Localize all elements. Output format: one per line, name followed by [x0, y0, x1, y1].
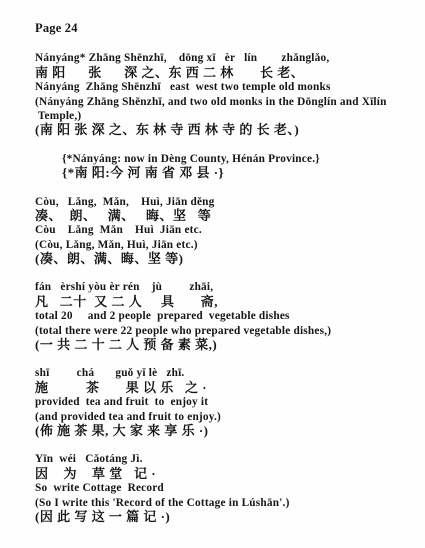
translation-zh-line: (南 阳 张 深 之、东 林 寺 西 林 寺 的 长 老、)	[35, 123, 411, 137]
stanza-3: fán èrshí yòu èr rén jù zhāi, 凡 二十 又 二 人…	[35, 280, 411, 352]
stanza-2: Còu, Lǎng, Mǎn, Huì, Jiān děng 凑、 朗、 满、 …	[35, 195, 411, 267]
hanzi-line: 南 阳 张 深 之、东 西 二 林 长 老、	[35, 66, 411, 80]
hanzi-line: 施 茶 果 以 乐 之 ·	[35, 381, 411, 395]
word-gloss-line: provided tea and fruit to enjoy it	[35, 395, 411, 409]
stanza-1: Nányáng* Zhāng Shēnzhī, dōng xī èr lín z…	[35, 51, 411, 137]
footnote-en-line: {*Nányáng: now in Dèng County, Hénán Pro…	[62, 152, 411, 166]
pinyin-line: Nányáng* Zhāng Shēnzhī, dōng xī èr lín z…	[35, 51, 411, 65]
word-gloss-line: total 20 and 2 people prepared vegetable…	[35, 309, 411, 323]
translation-zh-line: (佈 施 茶 果, 大 家 来 享 乐 ·)	[35, 424, 411, 438]
footnote-zh-line: {*南 阳:今 河 南 省 邓 县 ·}	[62, 166, 411, 180]
hanzi-line: 因 为 草 堂 记 ·	[35, 467, 411, 481]
pinyin-line: Còu, Lǎng, Mǎn, Huì, Jiān děng	[35, 195, 411, 209]
pinyin-line: Yīn wéi Cǎotáng Jì.	[35, 452, 411, 466]
translation-zh-line: (凑、朗、满、晦、坚 等)	[35, 252, 411, 266]
hanzi-line: 凡 二十 又 二 人 具 斋,	[35, 295, 411, 309]
translation-en-line: (Nányáng Zhāng Shēnzhī, and two old monk…	[35, 95, 411, 109]
stanza-4: shī chá guǒ yǐ lè zhī. 施 茶 果 以 乐 之 · pro…	[35, 366, 411, 438]
translation-en-line: (So I write this 'Record of the Cottage …	[35, 496, 411, 510]
pinyin-line: shī chá guǒ yǐ lè zhī.	[35, 366, 411, 380]
hanzi-line: 凑、 朗、 满、 晦、坚 等	[35, 209, 411, 223]
stanza-5: Yīn wéi Cǎotáng Jì. 因 为 草 堂 记 · So write…	[35, 452, 411, 524]
page-number-header: Page 24	[35, 21, 411, 35]
document-page: Page 24 Nányáng* Zhāng Shēnzhī, dōng xī …	[0, 0, 425, 548]
translation-en-line-continued: Temple,)	[35, 109, 411, 123]
translation-zh-line: (一 共 二 十 二 人 预 备 素 菜,)	[35, 338, 411, 352]
translation-en-line: (and provided tea and fruit to enjoy.)	[35, 410, 411, 424]
translation-en-line: (Còu, Lǎng, Mǎn, Huì, Jiān etc.)	[35, 238, 411, 252]
word-gloss-line: Nányáng Zhāng Shēnzhī east west two temp…	[35, 80, 411, 94]
word-gloss-line: Còu Lǎng Mǎn Huì Jiān etc.	[35, 223, 411, 237]
translation-en-line: (total there were 22 people who prepared…	[35, 324, 411, 338]
word-gloss-line: So write Cottage Record	[35, 481, 411, 495]
translation-zh-line: (因 此 写 这 一 篇 记 ·)	[35, 510, 411, 524]
pinyin-line: fán èrshí yòu èr rén jù zhāi,	[35, 280, 411, 294]
footnote-block: {*Nányáng: now in Dèng County, Hénán Pro…	[35, 152, 411, 181]
